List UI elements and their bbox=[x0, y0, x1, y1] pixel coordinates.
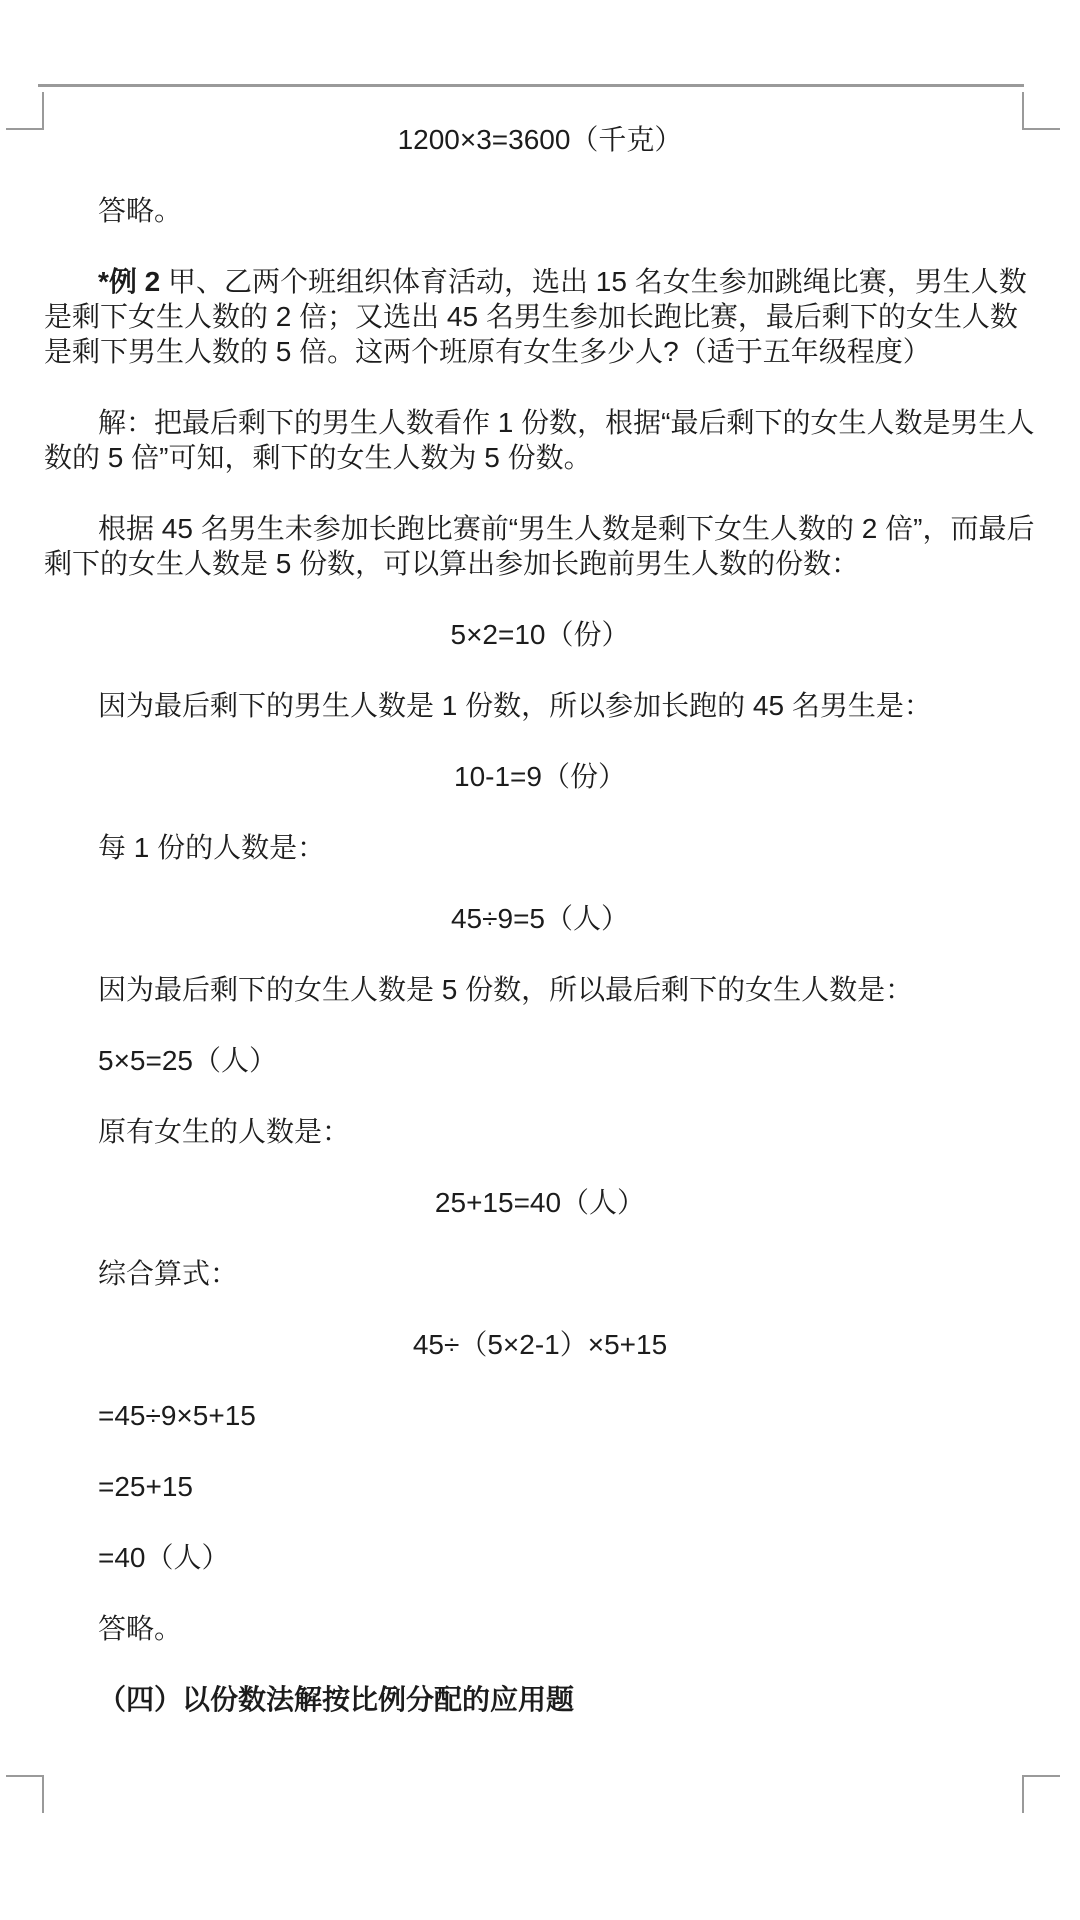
equation-line: 5×2=10（份） bbox=[44, 617, 1036, 652]
body-paragraph: 每 1 份的人数是： bbox=[44, 830, 1036, 865]
body-paragraph: 根据 45 名男生未参加长跑比赛前“男生人数是剩下女生人数的 2 倍”，而最后剩… bbox=[44, 511, 1036, 581]
equation-line: 10-1=9（份） bbox=[44, 759, 1036, 794]
body-paragraph: 答略。 bbox=[44, 1611, 1036, 1646]
equation-line: 45÷（5×2-1）×5+15 bbox=[44, 1327, 1036, 1362]
equation-line: 1200×3=3600（千克） bbox=[44, 122, 1036, 157]
document-page: 1200×3=3600（千克）答略。*例 2 甲、乙两个班组织体育活动，选出 1… bbox=[0, 0, 1080, 1920]
body-paragraph: 5×5=25（人） bbox=[44, 1043, 1036, 1078]
equation-line: 45÷9=5（人） bbox=[44, 901, 1036, 936]
body-paragraph: 综合算式： bbox=[44, 1256, 1036, 1291]
body-paragraph: =45÷9×5+15 bbox=[44, 1398, 1036, 1433]
body-paragraph: =40（人） bbox=[44, 1540, 1036, 1575]
body-paragraph: 原有女生的人数是： bbox=[44, 1114, 1036, 1149]
crop-mark-bottom-left bbox=[6, 1775, 44, 1813]
body-paragraph: 解：把最后剩下的男生人数看作 1 份数，根据“最后剩下的女生人数是男生人数的 5… bbox=[44, 405, 1036, 475]
document-content: 1200×3=3600（千克）答略。*例 2 甲、乙两个班组织体育活动，选出 1… bbox=[44, 0, 1036, 1753]
crop-mark-bottom-right bbox=[1022, 1775, 1060, 1813]
example-label: *例 2 bbox=[98, 266, 160, 297]
crop-mark-top-left bbox=[6, 92, 44, 130]
body-paragraph: 答略。 bbox=[44, 193, 1036, 228]
body-paragraph: 因为最后剩下的男生人数是 1 份数，所以参加长跑的 45 名男生是： bbox=[44, 688, 1036, 723]
body-paragraph: 因为最后剩下的女生人数是 5 份数，所以最后剩下的女生人数是： bbox=[44, 972, 1036, 1007]
body-paragraph: *例 2 甲、乙两个班组织体育活动，选出 15 名女生参加跳绳比赛，男生人数是剩… bbox=[44, 264, 1036, 369]
body-paragraph: =25+15 bbox=[44, 1469, 1036, 1504]
section-heading: （四）以份数法解按比例分配的应用题 bbox=[44, 1682, 1036, 1717]
equation-line: 25+15=40（人） bbox=[44, 1185, 1036, 1220]
